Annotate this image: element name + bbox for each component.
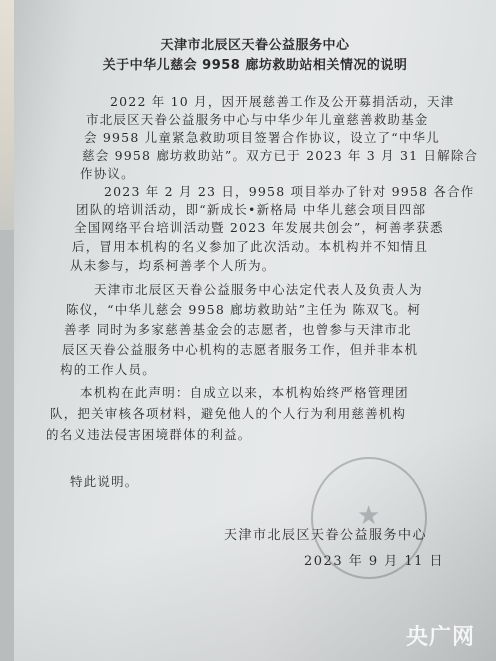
paragraph-line: 从未参与，均系柯善孝个人所为。 [70, 256, 276, 274]
paragraph-line: 作协议。 [80, 164, 135, 182]
paragraph-line: 后，冒用本机构的名义参加了此次活动。本机构并不知情且 [72, 237, 428, 255]
signature-date: 2023 年 9 月 11 日 [304, 550, 444, 569]
paragraph-line: 2022 年 10 月，因开展慈善工作及公开募捐活动，天津 [110, 92, 454, 110]
paragraph-line: 全国网络平台培训活动暨 2023 年发展共创会”，柯善孝获悉 [74, 218, 444, 236]
paragraph-line: 善孝 同时为多家慈善基金会的志愿者，也曾参与天津市北 [64, 320, 412, 338]
paragraph-line: 市北辰区天眷公益服务中心与中华少年儿童慈善救助基金 [86, 110, 429, 128]
document-page: 天津市北辰区天眷公益服务中心 关于中华儿慈会 9958 廊坊救助站相关情况的说明… [14, 0, 496, 661]
paragraph-line: 构的工作人员。 [60, 360, 156, 378]
paragraph-line: 本机构在此声明：自成立以来，本机构始终严格管理团 [80, 383, 409, 401]
paragraph-line: 陈仪，“中华儿慈会 9958 廊坊救助站”主任为 陈双飞。柯 [66, 300, 421, 318]
paragraph-line: 队，把关审核各项材料，避免他人的个人行为利用慈善机构 [50, 404, 406, 422]
watermark-logo: 央广网 [406, 620, 475, 651]
paragraph-line: 团队的培训活动，即“新成长•新格局 中华儿慈会项目四部 [76, 200, 426, 218]
document-title-line2: 关于中华儿慈会 9958 廊坊救助站相关情况的说明 [14, 54, 496, 73]
paragraph-line: 辰区天眷公益服务中心机构的志愿者服务工作，但并非本机 [62, 340, 418, 358]
paragraph-line: 会 9958 儿童紧急救助项目签署合作协议，设立了“中华儿 [84, 128, 440, 146]
paragraph-line: 慈会 9958 廊坊救助站”。双方已于 2023 年 3 月 31 日解除合 [82, 146, 478, 164]
closing-line: 特此说明。 [70, 472, 139, 490]
document-title-line1: 天津市北辰区天眷公益服务中心 [14, 34, 496, 53]
signature-organization: 天津市北辰区天眷公益服务中心 [224, 524, 427, 543]
paragraph-line: 的名义违法侵害困境群体的利益。 [46, 425, 252, 443]
paragraph-line: 2023 年 2 月 23 日，9958 项目举办了针对 9958 各合作 [104, 182, 474, 200]
paragraph-line: 天津市北辰区天眷公益服务中心法定代表人及负责人为 [94, 280, 423, 298]
